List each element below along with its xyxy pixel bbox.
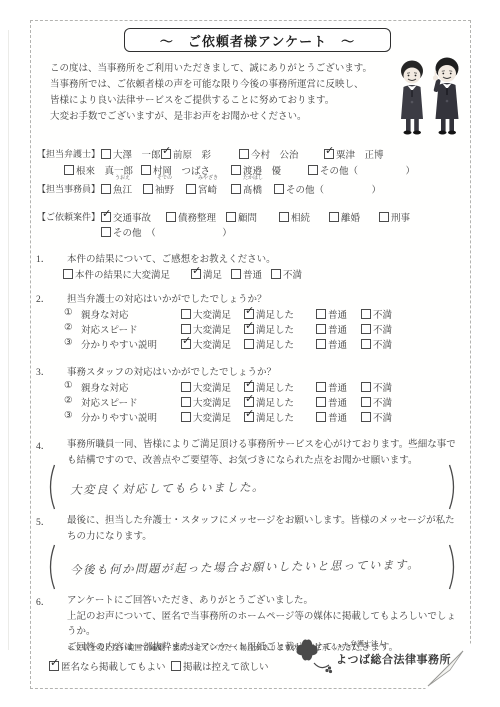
question-2-row-2: ② 対応スピード 大変満足 満足した 普通 不満 [31, 322, 470, 337]
furigana: うおえ [113, 176, 132, 182]
option-item: 本件の結果に大変満足 [63, 267, 170, 281]
option-label: 掲載は控えて欲しい [183, 663, 269, 673]
option-label: 普通 [328, 414, 347, 424]
question-text: 担当弁護士の対応はいかがでしたでしょうか？ [67, 291, 267, 305]
checkbox[interactable] [244, 397, 254, 407]
lawyer-name: 粟津 正博 [336, 151, 384, 161]
option-label: 満足した [256, 326, 294, 336]
option-label: 不満 [373, 384, 392, 394]
open-bracket [45, 544, 56, 590]
option-label: 満足した [256, 341, 294, 351]
intro-line: この度は、当事務所をご利用いただきまして、誠にありがとうございます。 [50, 61, 372, 77]
option-item: 大変満足 [181, 410, 231, 424]
question-3-row-3: ③ 分かりやすい説明 大変満足 満足した 普通 不満 [31, 410, 470, 425]
two-lawyers-illustration [393, 57, 469, 146]
scan-artifact [8, 30, 9, 650]
handwritten-answer: 大変良く対応してもらいました。 [56, 476, 448, 498]
option-item: 満足 [191, 267, 222, 281]
case-label: 債務整理 [178, 214, 216, 224]
option-item: 不満 [361, 395, 392, 409]
checkbox[interactable] [231, 184, 241, 194]
checkbox[interactable] [191, 269, 201, 279]
lawyer-row-1: 【担当弁護士】 大澤 一郎 前原 彩 今村 公治 粟津 正博 [31, 147, 470, 162]
clerk-row: 【担当事務員】 うおえ魚江 そでの袖野 みやざき宮崎 たかはし髙橋 その他（ ） [31, 174, 470, 196]
lawyer-option: 今村 公治 [239, 147, 299, 161]
option-item: 満足した [244, 410, 294, 424]
question-6-line: アンケートにご回答いただき、ありがとうございました。 [67, 594, 463, 610]
checkbox[interactable] [244, 339, 254, 349]
checkbox[interactable] [166, 212, 176, 222]
option-item: 普通 [316, 307, 347, 321]
item-number: ① [64, 307, 73, 318]
checkbox[interactable] [63, 269, 73, 279]
intro-text: この度は、当事務所をご利用いただきまして、誠にありがとうございます。 当事務所で… [50, 61, 372, 125]
option-label: 不満 [373, 326, 392, 336]
clerk-name: 宮崎 [198, 186, 217, 196]
case-label: 交通事故 [113, 214, 151, 224]
checkbox[interactable] [361, 397, 371, 407]
clerk-option: みやざき宮崎 [186, 176, 218, 196]
scanned-survey-page: ～ ご依頼者様アンケート ～ この度は、当事務所をご利用いただきまして、誠にあり… [0, 0, 500, 707]
checkbox[interactable] [379, 212, 389, 222]
case-option: 交通事故 [101, 210, 151, 224]
question-5-answer-area[interactable]: 今後も何か問題が起った場合お願いしたいと思っています。 [45, 544, 459, 590]
checkbox[interactable] [239, 149, 249, 159]
handwritten-answer: 今後も何か問題が起った場合お願いしたいと思っています。 [56, 556, 448, 578]
checkbox[interactable] [101, 227, 111, 237]
checkbox[interactable] [316, 309, 326, 319]
question-text: 本件の結果について、ご感想をお教えください。 [67, 251, 276, 265]
case-option: 債務整理 [166, 210, 216, 224]
checkbox[interactable] [143, 184, 153, 194]
item-label: 対応スピード [81, 395, 138, 409]
item-label: 親身な対応 [81, 307, 129, 321]
case-row-1: 【ご依頼案件】 交通事故 債務整理 顧問 相続 離婚 刑事 [31, 210, 470, 225]
intro-line: 大変お手数でございますが、是非お声をお聞かせください。 [50, 109, 372, 125]
option-label: 匿名なら掲載してもよい [61, 663, 166, 673]
close-bracket [448, 544, 459, 590]
checkbox[interactable] [316, 324, 326, 334]
checkbox[interactable] [316, 339, 326, 349]
option-item: 不満 [361, 337, 392, 351]
lawyer-option: 粟津 正博 [324, 147, 384, 161]
clerk-option: そでの袖野 [143, 176, 174, 196]
option-label: 普通 [328, 311, 347, 321]
option-item: 普通 [316, 380, 347, 394]
option-item: 大変満足 [181, 395, 231, 409]
option-label: 満足した [256, 384, 294, 394]
option-label: 大変満足 [193, 341, 231, 351]
option-item: 不満 [361, 380, 392, 394]
four-leaf-clover-icon [292, 635, 334, 679]
option-item: 不満 [361, 322, 392, 336]
checkbox[interactable] [181, 309, 191, 319]
option-item: 大変満足 [181, 337, 231, 351]
checkbox[interactable] [101, 212, 111, 222]
checkbox[interactable] [316, 412, 326, 422]
checkbox[interactable] [181, 324, 191, 334]
option-item: 大変満足 [181, 380, 231, 394]
item-label: 対応スピード [81, 322, 138, 336]
page-corner-fold [425, 643, 471, 689]
option-label: 普通 [328, 326, 347, 336]
checkbox[interactable] [181, 397, 191, 407]
lawyer-section-label: 【担当弁護士】 [37, 147, 100, 160]
checkbox[interactable] [181, 382, 191, 392]
option-label: 不満 [283, 271, 302, 281]
clerk-option: うおえ魚江 [101, 176, 132, 196]
furigana: そでの [155, 176, 174, 182]
case-label: 離婚 [341, 214, 360, 224]
case-option: 相続 [279, 210, 310, 224]
checkbox[interactable] [171, 661, 181, 671]
checkbox[interactable] [329, 212, 339, 222]
option-item: 満足した [244, 322, 294, 336]
clerk-name: 髙橋 [243, 186, 262, 196]
option-item: 大変満足 [181, 307, 231, 321]
option-label: 満足 [203, 271, 222, 281]
checkbox[interactable] [181, 412, 191, 422]
option-label: 大変満足 [193, 326, 231, 336]
case-label: 相続 [291, 214, 310, 224]
item-number: ③ [64, 337, 73, 348]
option-label: 普通 [328, 399, 347, 409]
case-label: 顧問 [238, 214, 257, 224]
option-item: 普通 [231, 267, 262, 281]
question-number: 4． [36, 438, 50, 452]
case-option-other: その他 （ ） [101, 225, 232, 239]
checkbox[interactable] [271, 269, 281, 279]
question-1: 1． 本件の結果について、ご感想をお教えください。 [31, 251, 470, 266]
option-label: 満足した [256, 399, 294, 409]
option-item: 普通 [316, 337, 347, 351]
checkbox[interactable] [101, 149, 111, 159]
checkbox[interactable] [49, 661, 59, 671]
option-label: 大変満足 [193, 311, 231, 321]
option-label: 満足した [256, 311, 294, 321]
case-option: 離婚 [329, 210, 360, 224]
checkbox[interactable] [324, 149, 334, 159]
option-item: 匿名なら掲載してもよい [49, 659, 166, 673]
checkbox[interactable] [244, 382, 254, 392]
option-label: 本件の結果に大変満足 [75, 271, 170, 281]
form-title: ～ ご依頼者様アンケート ～ [124, 28, 391, 52]
question-2-row-3: ③ 分かりやすい説明 大変満足 満足した 普通 不満 [31, 337, 470, 352]
option-item: 普通 [316, 410, 347, 424]
clerk-option: たかはし髙橋 [231, 176, 263, 196]
option-label: 普通 [328, 384, 347, 394]
checkbox[interactable] [244, 324, 254, 334]
option-item: 不満 [271, 267, 302, 281]
option-label: 大変満足 [193, 399, 231, 409]
case-option: 刑事 [379, 210, 410, 224]
intro-line: 皆様により良い法律サービスをご提供することに努めております。 [50, 93, 372, 109]
checkbox[interactable] [226, 212, 236, 222]
checkbox[interactable] [231, 269, 241, 279]
option-item: 掲載は控えて欲しい [171, 659, 269, 673]
question-number: 6． [36, 594, 50, 608]
question-number: 5． [36, 514, 50, 528]
question-5-text: 最後に、担当した弁護士・スタッフにメッセージをお願いします。皆様のメッセージが私… [67, 514, 463, 545]
option-item: 普通 [316, 395, 347, 409]
checkbox[interactable] [316, 397, 326, 407]
checkbox[interactable] [244, 412, 254, 422]
checkbox[interactable] [161, 149, 171, 159]
close-bracket [448, 464, 459, 510]
question-number: 1． [36, 251, 50, 265]
checkbox[interactable] [181, 339, 191, 349]
checkbox[interactable] [361, 309, 371, 319]
form-frame: ～ ご依頼者様アンケート ～ この度は、当事務所をご利用いただきまして、誠にあり… [30, 20, 471, 689]
option-item: 不満 [361, 410, 392, 424]
case-section-label: 【ご依頼案件】 [37, 210, 100, 223]
checkbox[interactable] [361, 382, 371, 392]
intro-line: 当事務所では、ご依頼者様の声を可能な限り今後の事務所運営に反映し、 [50, 77, 372, 93]
case-row-2: その他 （ ） [31, 225, 470, 240]
option-item: 普通 [316, 322, 347, 336]
option-label: 不満 [373, 311, 392, 321]
item-number: ③ [64, 410, 73, 421]
lawyer-name: 大澤 一郎 [113, 151, 161, 161]
checkbox[interactable] [274, 184, 284, 194]
question-number: 2． [36, 291, 50, 305]
clerk-name: 魚江 [113, 186, 132, 196]
item-label: 分かりやすい説明 [81, 337, 157, 351]
checkbox[interactable] [361, 412, 371, 422]
checkbox[interactable] [316, 382, 326, 392]
case-option: 顧問 [226, 210, 257, 224]
item-label: 分かりやすい説明 [81, 410, 157, 424]
checkbox[interactable] [101, 184, 111, 194]
option-item: 不満 [361, 307, 392, 321]
case-label: その他 （ ） [113, 229, 232, 239]
question-text: 事務スタッフの対応はいかがでしたでしょうか？ [67, 364, 276, 378]
option-label: 不満 [373, 341, 392, 351]
item-label: 親身な対応 [81, 380, 129, 394]
item-number: ② [64, 322, 73, 333]
clerk-name: 袖野 [155, 186, 174, 196]
lawyer-name: 今村 公治 [251, 151, 299, 161]
open-bracket [45, 464, 56, 510]
clerk-option-other: その他（ ） [274, 182, 381, 196]
case-label: 刑事 [391, 214, 410, 224]
lawyer-option: 前原 彩 [161, 147, 211, 161]
furigana: みやざき [198, 176, 218, 182]
option-label: 普通 [243, 271, 262, 281]
checkbox[interactable] [186, 184, 196, 194]
lawyer-option: 大澤 一郎 [101, 147, 161, 161]
question-4-answer-area[interactable]: 大変良く対応してもらいました。 [45, 464, 459, 510]
furigana: たかはし [243, 176, 263, 182]
lawyer-name: 前原 彩 [173, 151, 211, 161]
option-label: 不満 [373, 414, 392, 424]
option-label: 普通 [328, 341, 347, 351]
option-label: 不満 [373, 399, 392, 409]
item-number: ② [64, 395, 73, 406]
question-1-options: 本件の結果に大変満足 満足 普通 不満 [31, 267, 470, 282]
checkbox[interactable] [361, 324, 371, 334]
question-number: 3． [36, 364, 50, 378]
checkbox[interactable] [361, 339, 371, 349]
clerk-section-label: 【担当事務員】 [37, 182, 100, 195]
option-label: 満足した [256, 414, 294, 424]
option-label: 大変満足 [193, 414, 231, 424]
option-label: 大変満足 [193, 384, 231, 394]
item-number: ① [64, 380, 73, 391]
option-item: 満足した [244, 337, 294, 351]
checkbox[interactable] [279, 212, 289, 222]
checkbox[interactable] [244, 309, 254, 319]
clerk-name: その他（ ） [286, 186, 381, 196]
